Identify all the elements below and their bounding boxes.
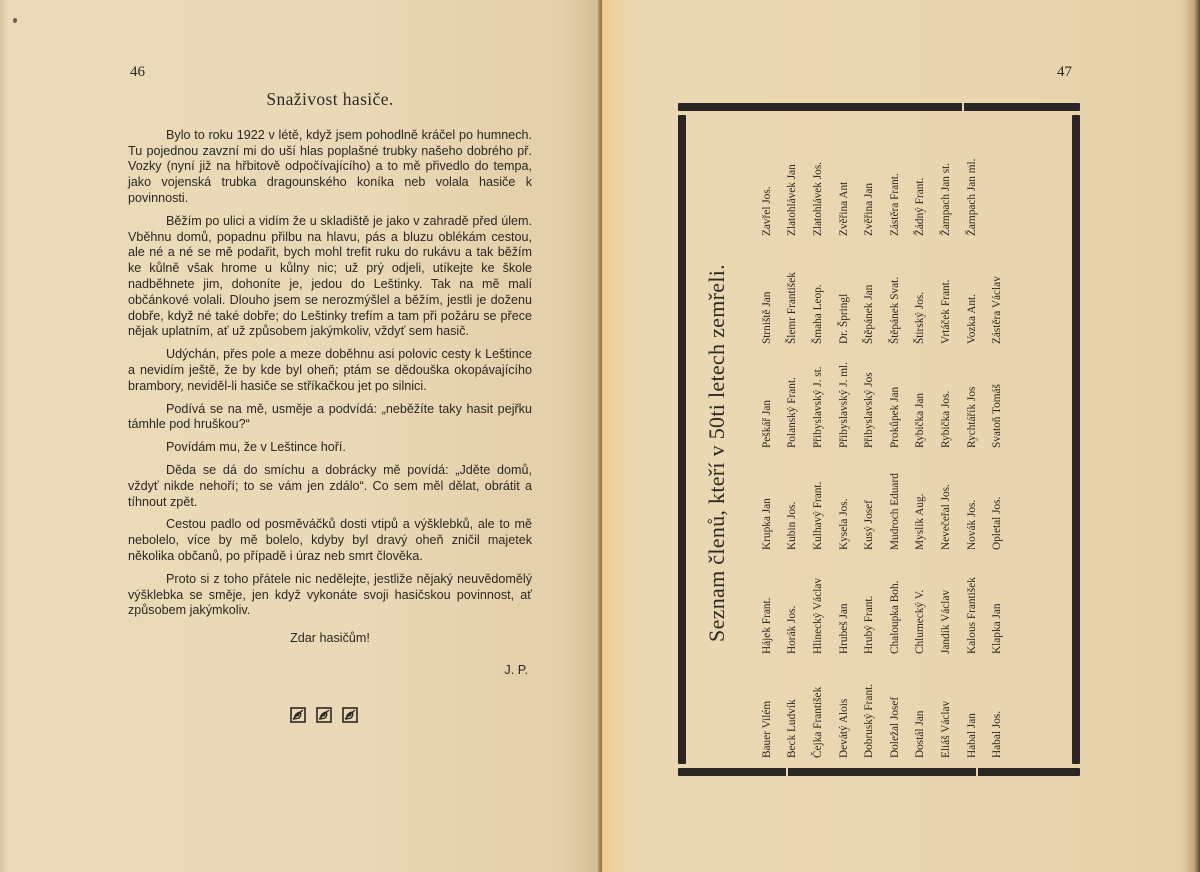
page-number-right: 47 <box>1057 64 1072 81</box>
rotated-member-list: Seznam členů, kteří v 50ti letech zemřel… <box>700 118 1040 758</box>
article: Snaživost hasiče. Bylo to roku 1922 v lé… <box>128 92 532 679</box>
member-name-cell: Novák Jos. <box>959 448 985 550</box>
member-name-cell: Vozka Ant. <box>959 236 985 344</box>
member-name-cell: Štěpánek Jan <box>856 236 882 344</box>
page-number-left: 46 <box>130 64 145 81</box>
member-name-cell: Habal Jos. <box>984 654 1010 758</box>
member-name-cell: Štěpánek Svat. <box>882 236 908 344</box>
table-row: Eliáš VáclavJandík VáclavNevečeřal Jos.R… <box>933 132 959 758</box>
member-name-cell: Habal Jan <box>959 654 985 758</box>
paper-speck <box>13 18 17 23</box>
deceased-members-table: Bauer VilémHájek Frant.Krupka JanPeškář … <box>754 132 1010 758</box>
table-row: Devátý AloisHrubeš JanKysela Jos.Přibysl… <box>831 132 857 758</box>
member-name-cell: Přibyslavský Jos <box>856 344 882 448</box>
member-name-cell: Zlatohlávek Jos. <box>805 132 831 236</box>
member-name-cell: Dostál Jan <box>908 654 934 758</box>
ornament-row <box>290 707 358 723</box>
member-name-cell: Rychtářík Jos <box>959 344 985 448</box>
member-name-cell: Žampach Jan st. <box>933 132 959 236</box>
table-row: Habal Jos.Klapka JanOpletal Jos.Svatoň T… <box>984 132 1010 758</box>
member-name-cell: Kulhavý Frant. <box>805 448 831 550</box>
table-row: Čejka FrantišekHlinecký VáclavKulhavý Fr… <box>805 132 831 758</box>
firefighter-helmet-emblem-icon <box>316 707 332 723</box>
frame-bar-bottom <box>678 768 1080 776</box>
member-name-cell: Peškář Jan <box>754 344 780 448</box>
table-row: Bauer VilémHájek Frant.Krupka JanPeškář … <box>754 132 780 758</box>
firefighter-helmet-emblem-icon <box>290 707 306 723</box>
member-name-cell: Myslík Aug. <box>908 448 934 550</box>
paragraph: Cestou padlo od posměváčků dosti vtipů a… <box>128 517 532 564</box>
table-row: Doležal JosefChaloupka Boh.Mudroch Eduar… <box>882 132 908 758</box>
member-name-cell: Dobruský Frant. <box>856 654 882 758</box>
member-name-cell: Šlemr František <box>780 236 806 344</box>
member-name-cell: Žádný Frant. <box>908 132 934 236</box>
closing-salute: Zdar hasičům! <box>128 631 532 647</box>
member-name-cell: Jandík Václav <box>933 550 959 654</box>
member-name-cell: Žampach Jan ml. <box>959 132 985 236</box>
member-name-cell: Beck Ludvík <box>780 654 806 758</box>
right-page: 47 Seznam členů, kteří v 50ti letech zem… <box>602 0 1200 872</box>
frame-bar-right <box>1072 115 1080 764</box>
member-name-cell: Rybička Jos. <box>933 344 959 448</box>
member-name-cell: Polanský Frant. <box>780 344 806 448</box>
table-title: Seznam členů, kteří v 50ti letech zemřel… <box>700 118 734 788</box>
member-name-cell: Svatoň Tomáš <box>984 344 1010 448</box>
member-name-cell: Doležal Josef <box>882 654 908 758</box>
member-name-cell: Štirský Jos. <box>908 236 934 344</box>
member-name-cell: Rybička Jan <box>908 344 934 448</box>
member-name-cell: Čejka František <box>805 654 831 758</box>
paragraph: Podívá se na mě, usměje a podvídá: „nebě… <box>128 402 532 434</box>
paragraph: Běžím po ulici a vidím že u skladiště je… <box>128 214 532 340</box>
table-row: Beck LudvíkHorák Jos.Kubin Jos.Polanský … <box>780 132 806 758</box>
member-name-cell: Mudroch Eduard <box>882 448 908 550</box>
paragraph: Děda se dá do smíchu a dobrácky mě povíd… <box>128 463 532 510</box>
member-name-cell: Chlumecký V. <box>908 550 934 654</box>
member-name-cell: Strniště Jan <box>754 236 780 344</box>
member-name-cell: Nevečeřal Jos. <box>933 448 959 550</box>
member-name-cell: Zavřel Jos. <box>754 132 780 236</box>
frame-bar-top <box>678 103 1080 111</box>
member-name-cell: Bauer Vilém <box>754 654 780 758</box>
member-name-cell: Přibyslavský J. st. <box>805 344 831 448</box>
paragraph: Bylo to roku 1922 v létě, když jsem poho… <box>128 128 532 207</box>
table-row: Habal JanKalous FrantišekNovák Jos.Rycht… <box>959 132 985 758</box>
member-name-cell: Vrtáček Frant. <box>933 236 959 344</box>
member-name-cell: Opletal Jos. <box>984 448 1010 550</box>
member-name-cell: Hájek Frant. <box>754 550 780 654</box>
member-name-cell: Krupka Jan <box>754 448 780 550</box>
paragraph: Udýchán, přes pole a meze doběhnu asi po… <box>128 347 532 394</box>
member-name-cell: Chaloupka Boh. <box>882 550 908 654</box>
member-name-cell: Prokůpek Jan <box>882 344 908 448</box>
firefighter-helmet-emblem-icon <box>342 707 358 723</box>
member-name-cell: Zvěřina Ant <box>831 132 857 236</box>
member-name-cell: Eliáš Václav <box>933 654 959 758</box>
member-name-cell: Zástěra Václav <box>984 236 1010 344</box>
member-name-cell: Zvěřina Jan <box>856 132 882 236</box>
member-name-cell: Kusý Josef <box>856 448 882 550</box>
table-row: Dostál JanChlumecký V.Myslík Aug.Rybička… <box>908 132 934 758</box>
paragraph: Povídám mu, že v Leštince hoří. <box>128 440 532 456</box>
member-name-cell: Zlatohlávek Jan <box>780 132 806 236</box>
member-name-cell: Horák Jos. <box>780 550 806 654</box>
member-name-cell <box>984 132 1010 236</box>
article-title: Snaživost hasiče. <box>128 92 532 108</box>
frame-bar-left <box>678 115 686 764</box>
member-name-cell: Kysela Jos. <box>831 448 857 550</box>
left-page: 46 Snaživost hasiče. Bylo to roku 1922 v… <box>0 0 598 872</box>
member-name-cell: Klapka Jan <box>984 550 1010 654</box>
member-name-cell: Kalous František <box>959 550 985 654</box>
book-spread: 46 Snaživost hasiče. Bylo to roku 1922 v… <box>0 0 1200 872</box>
author-signature: J. P. <box>128 663 532 679</box>
paragraph: Proto si z toho přátele nic nedělejte, j… <box>128 572 532 619</box>
memorial-frame: Seznam členů, kteří v 50ti letech zemřel… <box>678 103 1080 776</box>
member-name-cell: Zástěra Frant. <box>882 132 908 236</box>
table-row: Dobruský Frant.Hrubý Frant.Kusý JosefPři… <box>856 132 882 758</box>
member-name-cell: Hlinecký Václav <box>805 550 831 654</box>
member-name-cell: Dr. Špringl <box>831 236 857 344</box>
member-name-cell: Kubin Jos. <box>780 448 806 550</box>
member-name-cell: Přibyslavský J. ml. <box>831 344 857 448</box>
member-name-cell: Devátý Alois <box>831 654 857 758</box>
member-name-cell: Hrubý Frant. <box>856 550 882 654</box>
member-name-cell: Šmaha Leop. <box>805 236 831 344</box>
member-name-cell: Hrubeš Jan <box>831 550 857 654</box>
